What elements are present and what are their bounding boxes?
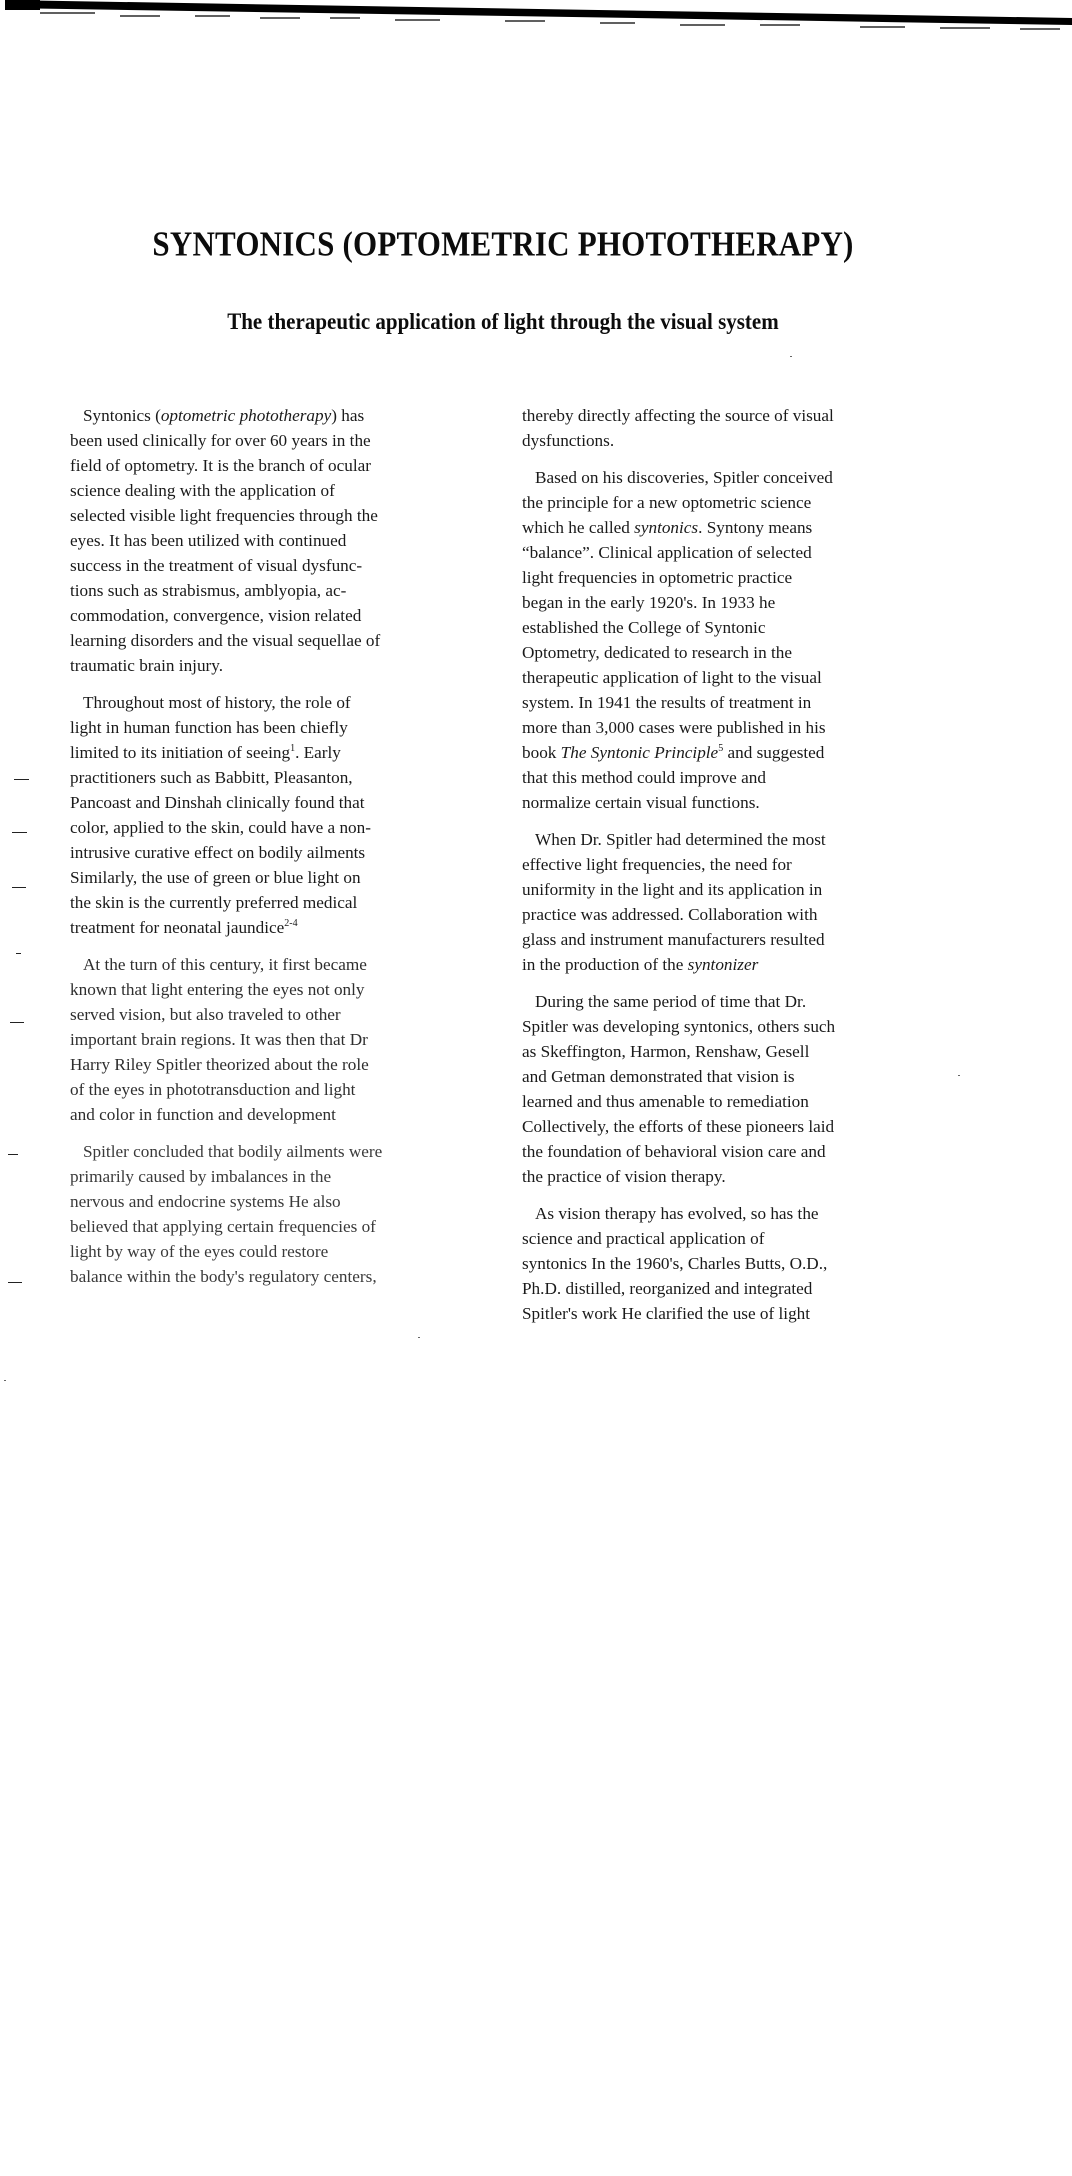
speck [790, 356, 792, 357]
paragraph: Throughout most of history, the role ofl… [70, 690, 480, 940]
paragraph: At the turn of this century, it first be… [70, 952, 480, 1127]
text-line: Ph.D. distilled, reorganized and integra… [522, 1276, 952, 1301]
text-line: that this method could improve and [522, 765, 952, 790]
text-line: normalize certain visual functions. [522, 790, 952, 815]
text-line: “balance”. Clinical application of selec… [522, 540, 952, 565]
text-line: of the eyes in phototransduction and lig… [70, 1077, 480, 1102]
paragraph: Syntonics (optometric phototherapy) hasb… [70, 403, 480, 678]
speck [958, 1075, 960, 1076]
text-line: uniformity in the light and its applicat… [522, 877, 952, 902]
text-line: syntonics In the 1960's, Charles Butts, … [522, 1251, 952, 1276]
paragraph: Spitler concluded that bodily ailments w… [70, 1139, 480, 1289]
text-line: dysfunctions. [522, 428, 952, 453]
text-line: therapeutic application of light to the … [522, 665, 952, 690]
text-line: known that light entering the eyes not o… [70, 977, 480, 1002]
text-line: Based on his discoveries, Spitler concei… [522, 465, 952, 490]
text-line: practice was addressed. Collaboration wi… [522, 902, 952, 927]
text-line: the foundation of behavioral vision care… [522, 1139, 952, 1164]
speck [4, 1380, 6, 1381]
text-line: thereby directly affecting the source of… [522, 403, 952, 428]
paragraph: Based on his discoveries, Spitler concei… [522, 465, 952, 815]
text-line: book The Syntonic Principle5 and suggest… [522, 740, 952, 765]
text-line: Collectively, the efforts of these pione… [522, 1114, 952, 1139]
text-line: field of optometry. It is the branch of … [70, 453, 480, 478]
text-line: treatment for neonatal jaundice2-4 [70, 915, 480, 940]
text-line: Optometry, dedicated to research in the [522, 640, 952, 665]
text-line: believed that applying certain frequenci… [70, 1214, 480, 1239]
text-line: science and practical application of [522, 1226, 952, 1251]
text-line: light in human function has been chiefly [70, 715, 480, 740]
margin-mark [10, 1022, 24, 1023]
citation-superscript: 2-4 [284, 918, 297, 929]
text-line: Throughout most of history, the role of [70, 690, 480, 715]
text-line: science dealing with the application of [70, 478, 480, 503]
italic-term: optometric phototherapy [161, 406, 331, 425]
text-line: success in the treatment of visual dysfu… [70, 553, 480, 578]
text-line: Spitler's work He clarified the use of l… [522, 1301, 952, 1326]
citation-superscript: 5 [718, 743, 723, 754]
page-subtitle: The therapeutic application of light thr… [0, 308, 1006, 336]
text-line: limited to its initiation of seeing1. Ea… [70, 740, 480, 765]
page-title: SYNTONICS (OPTOMETRIC PHOTOTHERAPY) [0, 224, 1006, 264]
paragraph: During the same period of time that Dr.S… [522, 989, 952, 1189]
text-line: in the production of the syntonizer [522, 952, 952, 977]
text-line: more than 3,000 cases were published in … [522, 715, 952, 740]
margin-mark [16, 953, 21, 954]
text-line: light frequencies in optometric practice [522, 565, 952, 590]
italic-term: syntonizer [688, 955, 759, 974]
text-line: As vision therapy has evolved, so has th… [522, 1201, 952, 1226]
text-line: the skin is the currently preferred medi… [70, 890, 480, 915]
text-line: and color in function and development [70, 1102, 480, 1127]
text-line: the practice of vision therapy. [522, 1164, 952, 1189]
text-line: Spitler concluded that bodily ailments w… [70, 1139, 480, 1164]
margin-mark [12, 887, 26, 888]
text-line: When Dr. Spitler had determined the most [522, 827, 952, 852]
margin-mark [14, 779, 29, 780]
text-line: selected visible light frequencies throu… [70, 503, 480, 528]
paragraph: As vision therapy has evolved, so has th… [522, 1201, 952, 1326]
speck [418, 1337, 420, 1338]
text-line: At the turn of this century, it first be… [70, 952, 480, 977]
text-line: served vision, but also traveled to othe… [70, 1002, 480, 1027]
text-line: primarily caused by imbalances in the [70, 1164, 480, 1189]
margin-mark [8, 1282, 22, 1283]
text-line: Spitler was developing syntonics, others… [522, 1014, 952, 1039]
text-line: been used clinically for over 60 years i… [70, 428, 480, 453]
text-line: glass and instrument manufacturers resul… [522, 927, 952, 952]
text-line: Syntonics (optometric phototherapy) has [70, 403, 480, 428]
text-line: Harry Riley Spitler theorized about the … [70, 1052, 480, 1077]
text-line: Pancoast and Dinshah clinically found th… [70, 790, 480, 815]
text-line: nervous and endocrine systems He also [70, 1189, 480, 1214]
text-line: established the College of Syntonic [522, 615, 952, 640]
text-line: tions such as strabismus, amblyopia, ac- [70, 578, 480, 603]
text-line: Similarly, the use of green or blue ligh… [70, 865, 480, 890]
margin-mark [12, 832, 27, 833]
citation-superscript: 1 [290, 743, 295, 754]
text-line: commodation, convergence, vision related [70, 603, 480, 628]
text-line: color, applied to the skin, could have a… [70, 815, 480, 840]
text-line: During the same period of time that Dr. [522, 989, 952, 1014]
italic-term: syntonics [634, 518, 698, 537]
paragraph: When Dr. Spitler had determined the most… [522, 827, 952, 977]
text-line: traumatic brain injury. [70, 653, 480, 678]
right-column: thereby directly affecting the source of… [522, 403, 952, 1338]
paragraph: thereby directly affecting the source of… [522, 403, 952, 453]
scan-edge-artifact [0, 0, 1072, 40]
text-line: effective light frequencies, the need fo… [522, 852, 952, 877]
margin-mark [8, 1154, 18, 1155]
text-line: system. In 1941 the results of treatment… [522, 690, 952, 715]
text-line: practitioners such as Babbitt, Pleasanto… [70, 765, 480, 790]
text-line: eyes. It has been utilized with continue… [70, 528, 480, 553]
text-line: and Getman demonstrated that vision is [522, 1064, 952, 1089]
text-line: light by way of the eyes could restore [70, 1239, 480, 1264]
text-line: the principle for a new optometric scien… [522, 490, 952, 515]
text-line: balance within the body's regulatory cen… [70, 1264, 480, 1289]
text-line: learned and thus amenable to remediation [522, 1089, 952, 1114]
text-line: began in the early 1920's. In 1933 he [522, 590, 952, 615]
left-column: Syntonics (optometric phototherapy) hasb… [70, 403, 480, 1301]
text-line: as Skeffington, Harmon, Renshaw, Gesell [522, 1039, 952, 1064]
text-line: which he called syntonics. Syntony means [522, 515, 952, 540]
italic-term: The Syntonic Principle [561, 743, 719, 762]
text-line: important brain regions. It was then tha… [70, 1027, 480, 1052]
text-line: intrusive curative effect on bodily ailm… [70, 840, 480, 865]
text-line: learning disorders and the visual sequel… [70, 628, 480, 653]
